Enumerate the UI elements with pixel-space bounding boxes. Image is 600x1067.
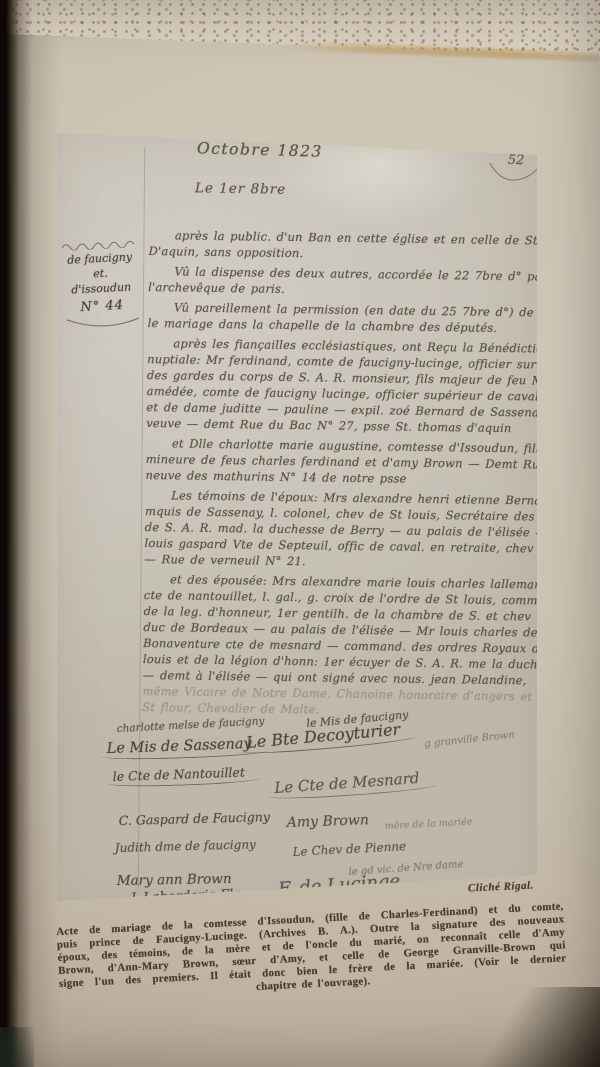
bottom-left-board-edge <box>0 1027 34 1067</box>
margin-note: de faucigny et. d'issoudun N° 44 <box>59 237 144 331</box>
signature: C. Gaspard de Faucigny <box>119 809 270 828</box>
folio-number-text: 52 <box>507 153 524 169</box>
book-spine-shadow <box>0 0 32 1067</box>
manuscript-day-header: Le 1er 8bre <box>195 180 287 198</box>
manuscript-plate-photo: Octobre 1823 52 Le 1er 8bre de faucigny … <box>57 133 537 903</box>
bottom-right-shadow <box>440 987 600 1067</box>
signature: Mary ann Brown <box>117 871 232 889</box>
signature: mère de la mariée <box>384 816 472 832</box>
signature: Amy Brown <box>286 812 369 831</box>
margin-underline-arc-icon <box>65 313 142 331</box>
signature: le Cte de Nantouillet <box>112 764 245 784</box>
signature: Le Cte de Mesnard <box>274 769 420 797</box>
manuscript-body-text: après la public. d'un Ban en cette églis… <box>142 227 533 720</box>
signature: Judith dme de faucigny <box>115 837 256 855</box>
signature: Le Mis de Sassenay <box>106 736 252 757</box>
photo-of-book-page: Octobre 1823 52 Le 1er 8bre de faucigny … <box>0 0 600 1067</box>
signature: g granville Brown <box>424 730 515 750</box>
margin-note-line: d'issoudun <box>61 279 142 298</box>
signature: Le Chev de Pienne <box>292 839 406 859</box>
